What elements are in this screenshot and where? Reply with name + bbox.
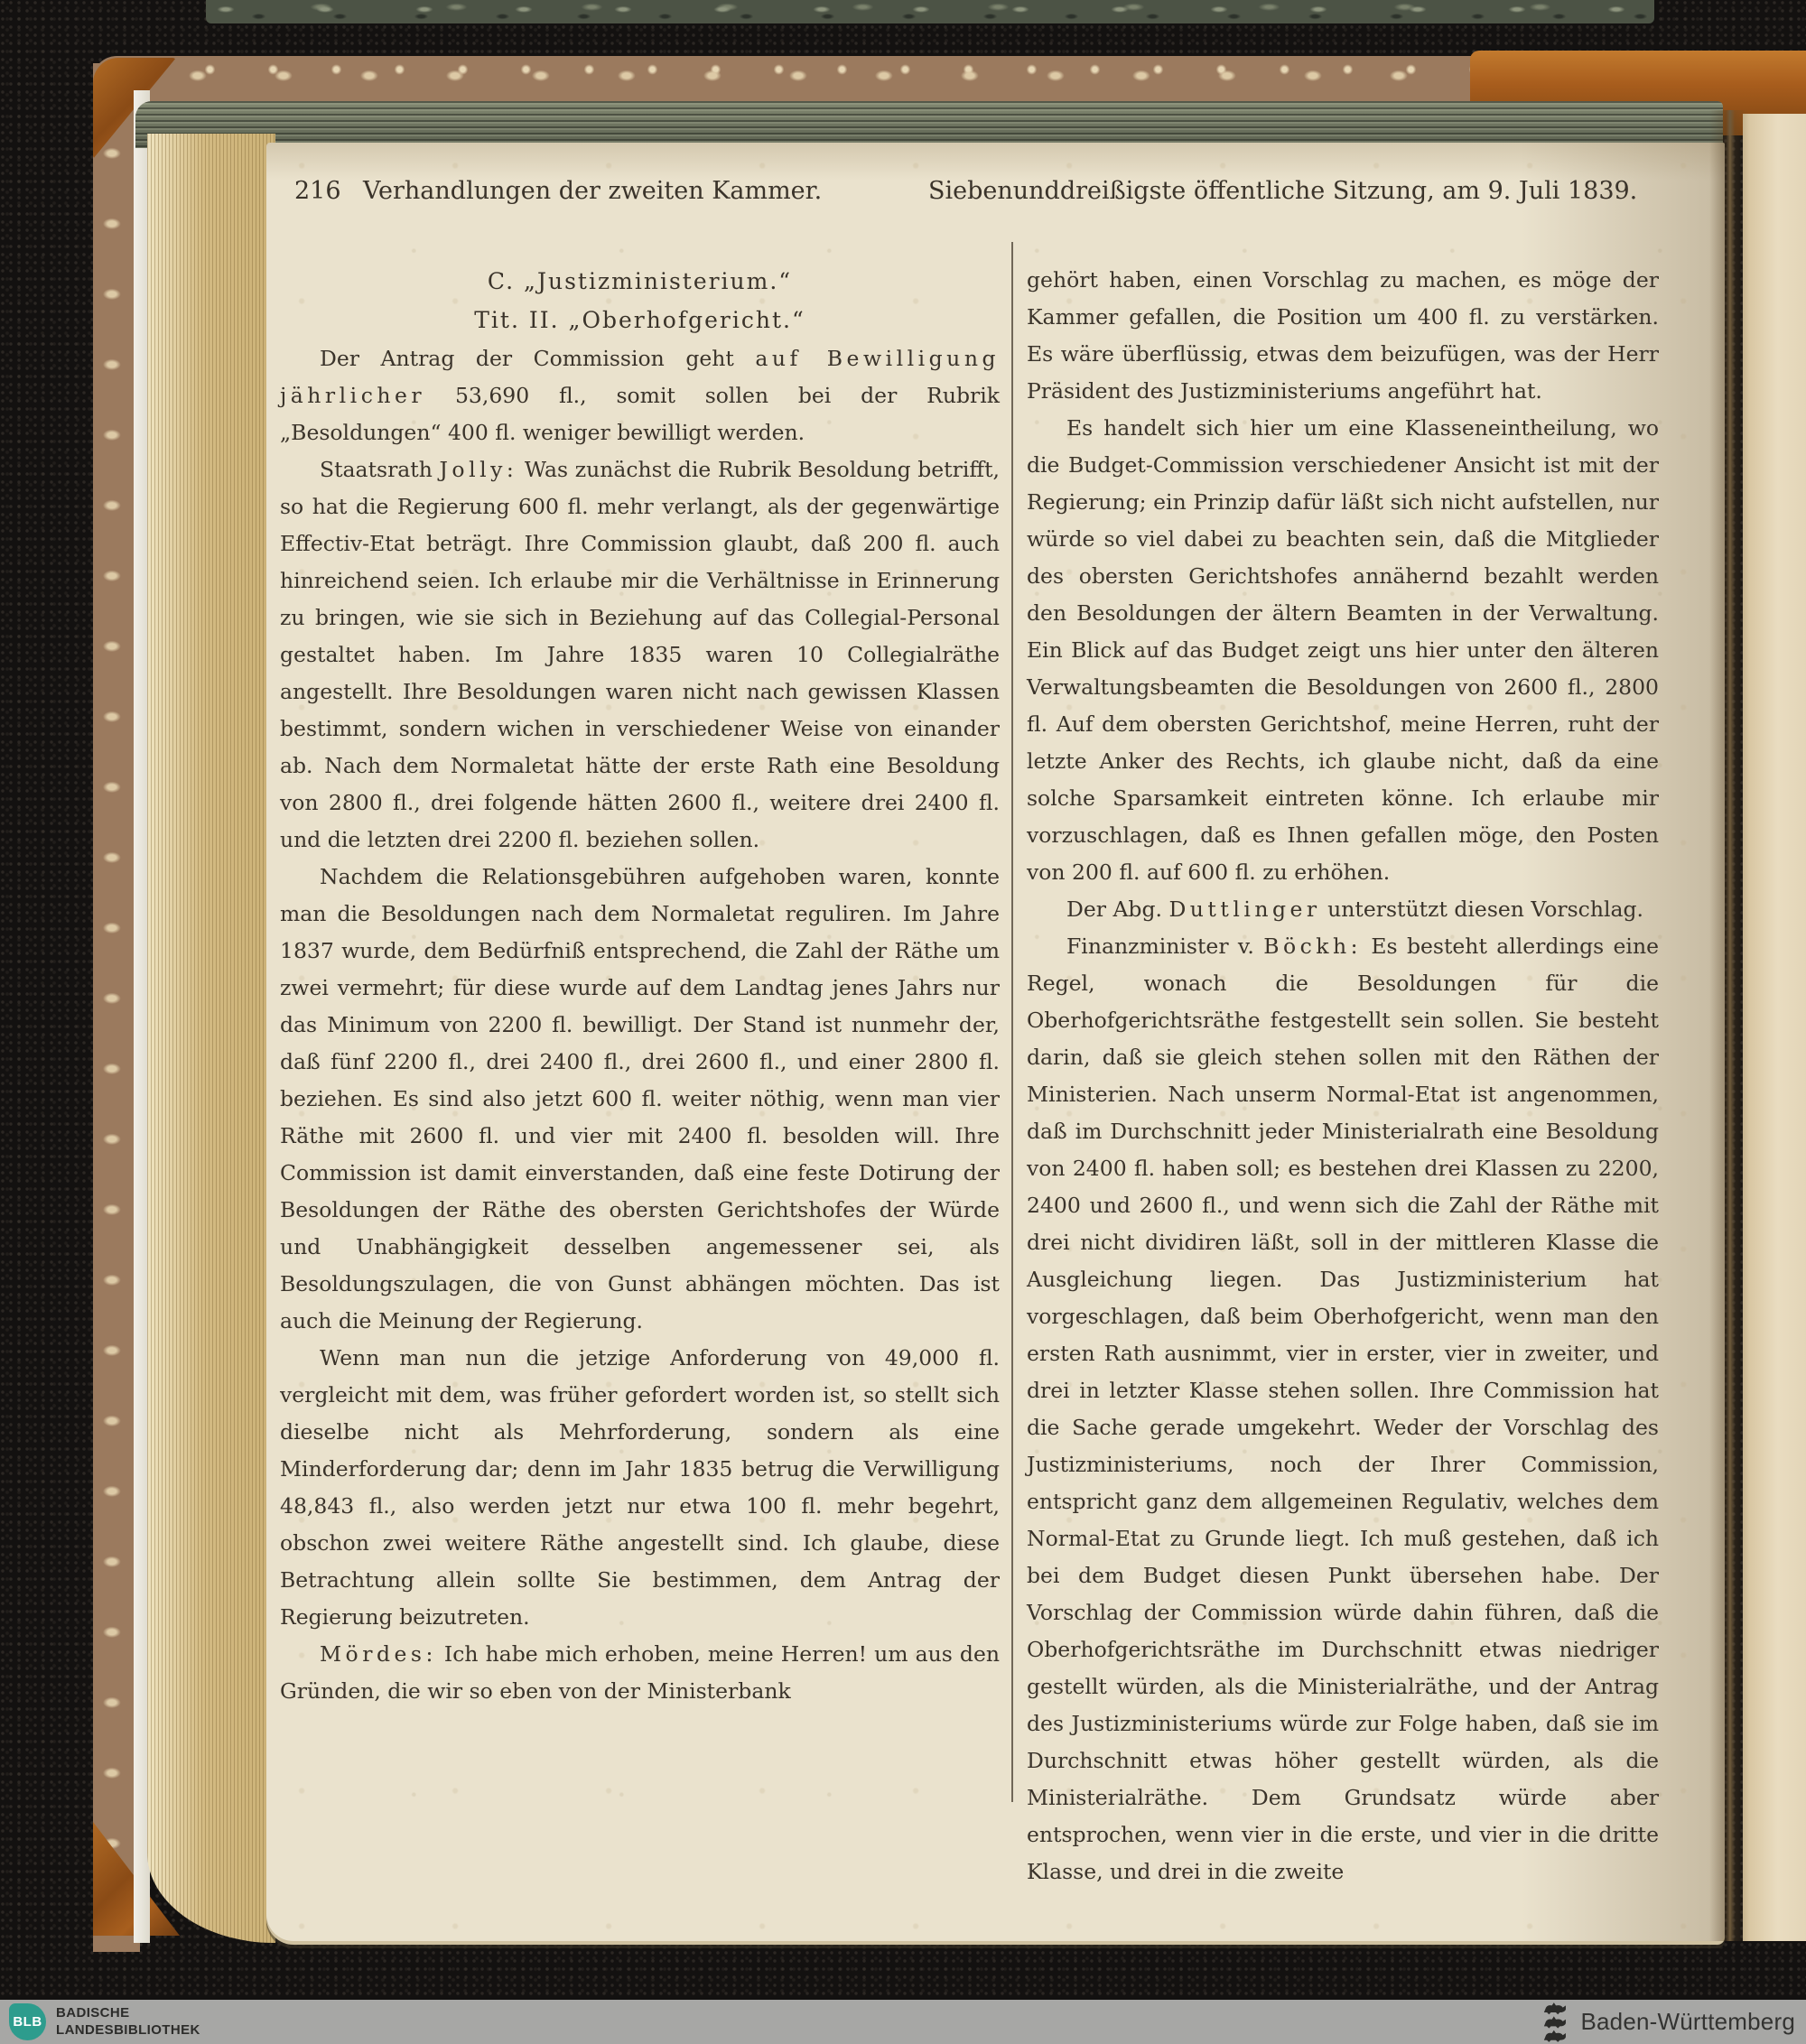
state-branding: Baden-Württemberg [1542, 2000, 1795, 2044]
library-name: BADISCHE LANDESBIBLIOTHEK [56, 2005, 200, 2039]
state-label: Baden-Württemberg [1580, 2008, 1795, 2036]
session-title: Siebenunddreißigste öffentliche Sitzung,… [928, 177, 1637, 205]
paragraph: Wenn man nun die jetzige Anforderung von… [280, 1340, 1000, 1636]
book-board-top-edge [206, 0, 1654, 23]
paragraph: Nachdem die Relationsgebühren aufgehoben… [280, 859, 1000, 1340]
running-head: 216 Verhandlungen der zweiten Kammer. Si… [276, 177, 1649, 213]
paragraph: Mördes: Ich habe mich erhoben, meine Her… [280, 1636, 1000, 1710]
blb-logo-icon: BLB [9, 2003, 46, 2040]
book-head-edge [135, 101, 1723, 148]
paragraph: Der Abg. Duttlinger unterstützt diesen V… [1027, 891, 1659, 928]
paragraph: Es handelt sich hier um eine Klasseneint… [1027, 410, 1659, 891]
column-divider-rule [1011, 242, 1013, 1802]
page-number: 216 [294, 177, 341, 205]
paragraph: Finanzminister v. Böckh: Es besteht alle… [1027, 928, 1659, 1891]
page-stack-fore-edge [147, 134, 275, 1943]
facing-page-sliver [1743, 114, 1806, 1941]
three-lions-coat-of-arms-icon [1542, 2002, 1569, 2043]
left-text-column: C. „Justizministerium.“ Tit. II. „Oberho… [280, 257, 1000, 1710]
gutter-crease [1709, 110, 1749, 1941]
paragraph: gehört haben, einen Vorschlag zu machen,… [1027, 262, 1659, 410]
paragraph: Der Antrag der Commission geht auf Bewil… [280, 340, 1000, 451]
section-heading: C. „Justizministerium.“ [280, 263, 1000, 300]
right-text-column: gehört haben, einen Vorschlag zu machen,… [1027, 262, 1659, 1891]
running-title: Verhandlungen der zweiten Kammer. [363, 177, 822, 205]
paragraph: Staatsrath Jolly: Was zunächst die Rubri… [280, 451, 1000, 859]
library-footer-bar: BLB BADISCHE LANDESBIBLIOTHEK Baden-Würt… [0, 2000, 1806, 2044]
title-heading: Tit. II. „Oberhofgericht.“ [280, 302, 1000, 339]
